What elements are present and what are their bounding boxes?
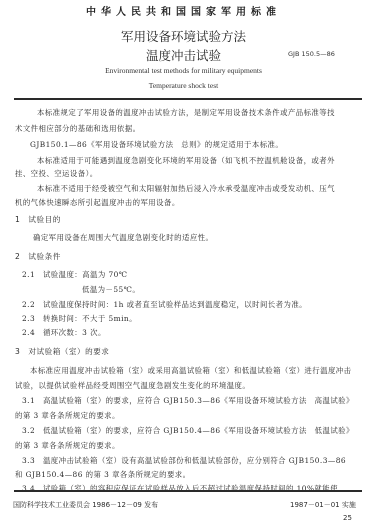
intro-line: 术文件相应部分的基础和选用依据。 [15, 123, 140, 134]
section-line: 2.4 循环次数：3 次。 [22, 327, 106, 338]
section-line: 2.1 试验温度：高温为 70℃ [22, 269, 128, 280]
section-line: 低温为－55℃。 [82, 284, 140, 295]
section-line: 3.3 温度冲击试验箱（室）设有高温试验部份和低温试验部份，应分别符合 GJB1… [22, 455, 346, 466]
section-line: 3.2 低温试验箱（室）的要求，应符合 GJB150.4—86《军用设备环境试验… [22, 425, 354, 436]
section-heading: 1 试验目的 [15, 214, 61, 225]
section-heading: 2 试验条件 [15, 251, 61, 262]
section-line: 2.2 试验温度保持时间：1h 或者直至试验样品达到温度稳定，以时间长者为准。 [22, 299, 307, 310]
section-line: 和 GJB150.4—86 的第 3 章各条所规定的要求。 [15, 469, 190, 480]
section-line: 本标准应用温度冲击试验箱（室）或采用高温试验箱（室）和低温试验箱（室）进行温度冲… [30, 365, 351, 376]
standard-org-header: 中华人民共和国国家军用标准 [0, 3, 367, 18]
effective-date: 1987－01－01 实施 [290, 500, 356, 510]
section-line: 3.1 高温试验箱（室）的要求，应符合 GJB150.3—86《军用设备环境试验… [22, 395, 354, 406]
intro-line: 本标准不适用于经受被空气和太阳辐射加热后浸入冷水承受温度冲击或受发动机、压气 [37, 183, 335, 194]
section-line: 3.4 试验箱（室）的容积应保证在试验样品放入后不超过试验温度保持时间的 10%… [22, 483, 338, 494]
intro-line: 本标准适用于可能遇到温度急剧变化环境的军用设备（如飞机不控温机舱设备，或者外 [37, 155, 335, 166]
section-line: 2.3 转换时间：不大于 5min。 [22, 313, 137, 324]
bottom-divider [14, 490, 362, 492]
intro-line: 机的气体快速瞬态所引起温度冲击的军用设备。 [15, 197, 180, 208]
section-line: 的第 3 章各条所规定的要求。 [15, 410, 120, 421]
intro-line: 本标准规定了军用设备的温度冲击试验方法，是制定军用设备技术条件或产品标准等技 [37, 107, 335, 118]
english-subtitle: Temperature shock test [0, 81, 367, 90]
top-divider [14, 98, 362, 100]
standard-code: GJB 150.5—86 [288, 50, 335, 58]
english-title: Environmental test methods for military … [0, 66, 367, 75]
issued-by: 国防科学技术工业委员会 1986－12－09 发布 [13, 500, 158, 510]
intro-line: 挂、空投、空运设备）。 [15, 168, 98, 179]
page-number: 25 [343, 514, 352, 522]
section-line: 试验，以提供试验样品经受周围空气温度急剧发生变化的环境温度。 [15, 380, 250, 391]
document-title: 军用设备环境试验方法 [0, 27, 367, 45]
intro-line: GJB150.1—86《军用设备环境试验方法 总则》的规定适用于本标准。 [30, 139, 283, 150]
section-line: 的第 3 章各条所规定的要求。 [15, 440, 120, 451]
section-line: 确定军用设备在周围大气温度急剧变化时的适应性。 [33, 232, 213, 243]
section-heading: 3 对试验箱（室）的要求 [15, 346, 109, 357]
